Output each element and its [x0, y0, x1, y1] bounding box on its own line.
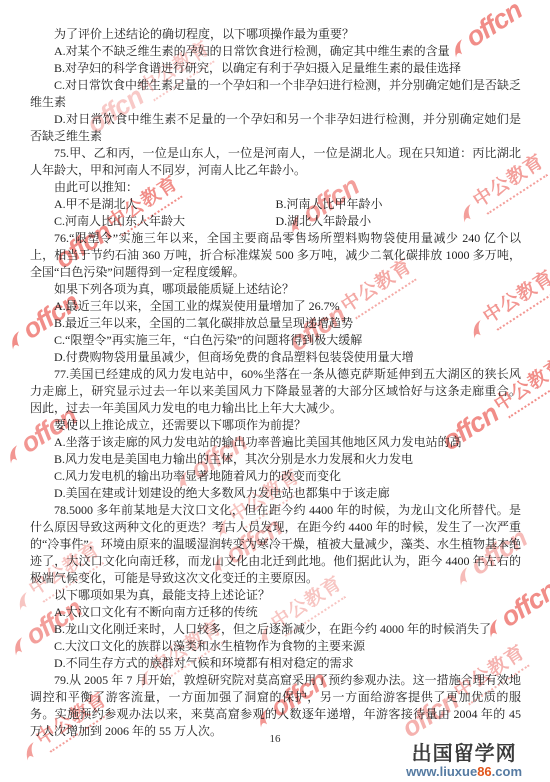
document-content: 为了评价上述结论的确切程度，以下哪项操作最为重要？A.对某个不缺乏维生素的孕妇的…	[30, 26, 521, 740]
option-right: B.河南人比甲年龄小	[276, 196, 522, 213]
option-right: D.湖北人年龄最小	[276, 213, 522, 230]
text-paragraph: D.不同生存方式的族群对气候和环境都有相对稳定的需求	[30, 655, 521, 672]
liuxue86-logo: 出国留学网 www.liuxue86.com	[406, 744, 522, 779]
text-paragraph: 要使以上推论成立，还需要以下哪项作为前提？	[30, 417, 521, 434]
offcn-swoosh-icon	[3, 327, 28, 352]
text-paragraph: 如果下列各项为真，哪项最能质疑上述结论？	[30, 281, 521, 298]
text-paragraph: C.风力发电机的输出功率显著地随着风力的改变而变化	[30, 468, 521, 485]
option-left: C.河南人比山东人年龄大	[30, 213, 276, 230]
text-paragraph: B.对孕妇的科学食谱进行研究，以确定有利于孕妇摄入足量维生素的最佳选择	[30, 60, 521, 77]
text-paragraph: 76.“限塑令”实施三年以来，全国主要商品零售场所塑料购物袋使用量减少 240 …	[30, 230, 521, 281]
text-paragraph: 79.从 2005 年 7 月开始，敦煌研究院对莫高窟采用了预约参观办法。这一措…	[30, 672, 521, 740]
text-paragraph: B.龙山文化刚迁来时，人口较多，但之后逐渐减少，在距今约 4000 年的时候消失…	[30, 621, 521, 638]
text-paragraph: B.最近三年以来，全国的二氧化碳排放总量呈现递增趋势	[30, 315, 521, 332]
option-row: C.河南人比山东人年龄大D.湖北人年龄最小	[30, 213, 521, 230]
text-paragraph: C.对日常饮食中维生素足量的一个孕妇和一个非孕妇进行检测，并分别确定她们是否缺乏…	[30, 77, 521, 111]
text-paragraph: D.美国在建或计划建设的绝大多数风力发电站也都集中于该走廊	[30, 485, 521, 502]
offcn-swoosh-icon	[1, 441, 26, 466]
text-paragraph: A.对某个不缺乏维生素的孕妇的日常饮食进行检测，确定其中维生素的含量	[30, 43, 521, 60]
url-suffix: .com	[492, 764, 522, 779]
text-paragraph: C.“限塑令”再实施三年，“白色污染”的问题将得到极大缓解	[30, 332, 521, 349]
option-row: A.甲不是湖北人B.河南人比甲年龄小	[30, 196, 521, 213]
document-page: offcn中公教育offcnoffcn中公教育offcn中公教育offcnoff…	[0, 0, 550, 782]
url-highlight: 86	[477, 764, 491, 779]
text-paragraph: 为了评价上述结论的确切程度，以下哪项操作最为重要？	[30, 26, 521, 43]
offcn-swoosh-icon	[6, 633, 31, 658]
url-prefix: www.liuxue	[406, 764, 477, 779]
text-paragraph: A.大汶口文化有不断向南方迁移的传统	[30, 604, 521, 621]
text-paragraph: C.大汶口文化的族群以藻类和水生植物作为食物的主要来源	[30, 638, 521, 655]
option-left: A.甲不是湖北人	[30, 196, 276, 213]
text-paragraph: 77.美国已经建成的风力发电站中，60%坐落在一条从德克萨斯延伸到五大湖区的狭长…	[30, 366, 521, 417]
text-paragraph: B.风力发电是美国电力输出的主体，其次分别是水力发展和火力发电	[30, 451, 521, 468]
text-paragraph: D.付费购物袋用量虽减少，但商场免费的食品塑料包装袋使用量大增	[30, 349, 521, 366]
text-paragraph: 75.甲、乙和丙，一位是山东人，一位是河南人，一位是湖北人。现在只知道：丙比湖北…	[30, 145, 521, 179]
text-paragraph: D.对日常饮食中维生素不足量的一个孕妇和另一个非孕妇进行检测，并分别确定她们是否…	[30, 111, 521, 145]
text-paragraph: 由此可以推知：	[30, 179, 521, 196]
text-paragraph: A.坐落于该走廊的风力发电站的输出功率普遍比美国其他地区风力发电站的高	[30, 434, 521, 451]
liuxue86-url: www.liuxue86.com	[406, 765, 522, 779]
text-paragraph: 以下哪项如果为真，最能支持上述论证？	[30, 587, 521, 604]
text-paragraph: 78.5000 多年前某地是大汶口文化，但在距今约 4400 年的时候，为龙山文…	[30, 502, 521, 587]
liuxue86-site-name: 出国留学网	[406, 744, 522, 765]
text-paragraph: A.最近三年以来，全国工业的煤炭使用量增加了 26.7%	[30, 298, 521, 315]
